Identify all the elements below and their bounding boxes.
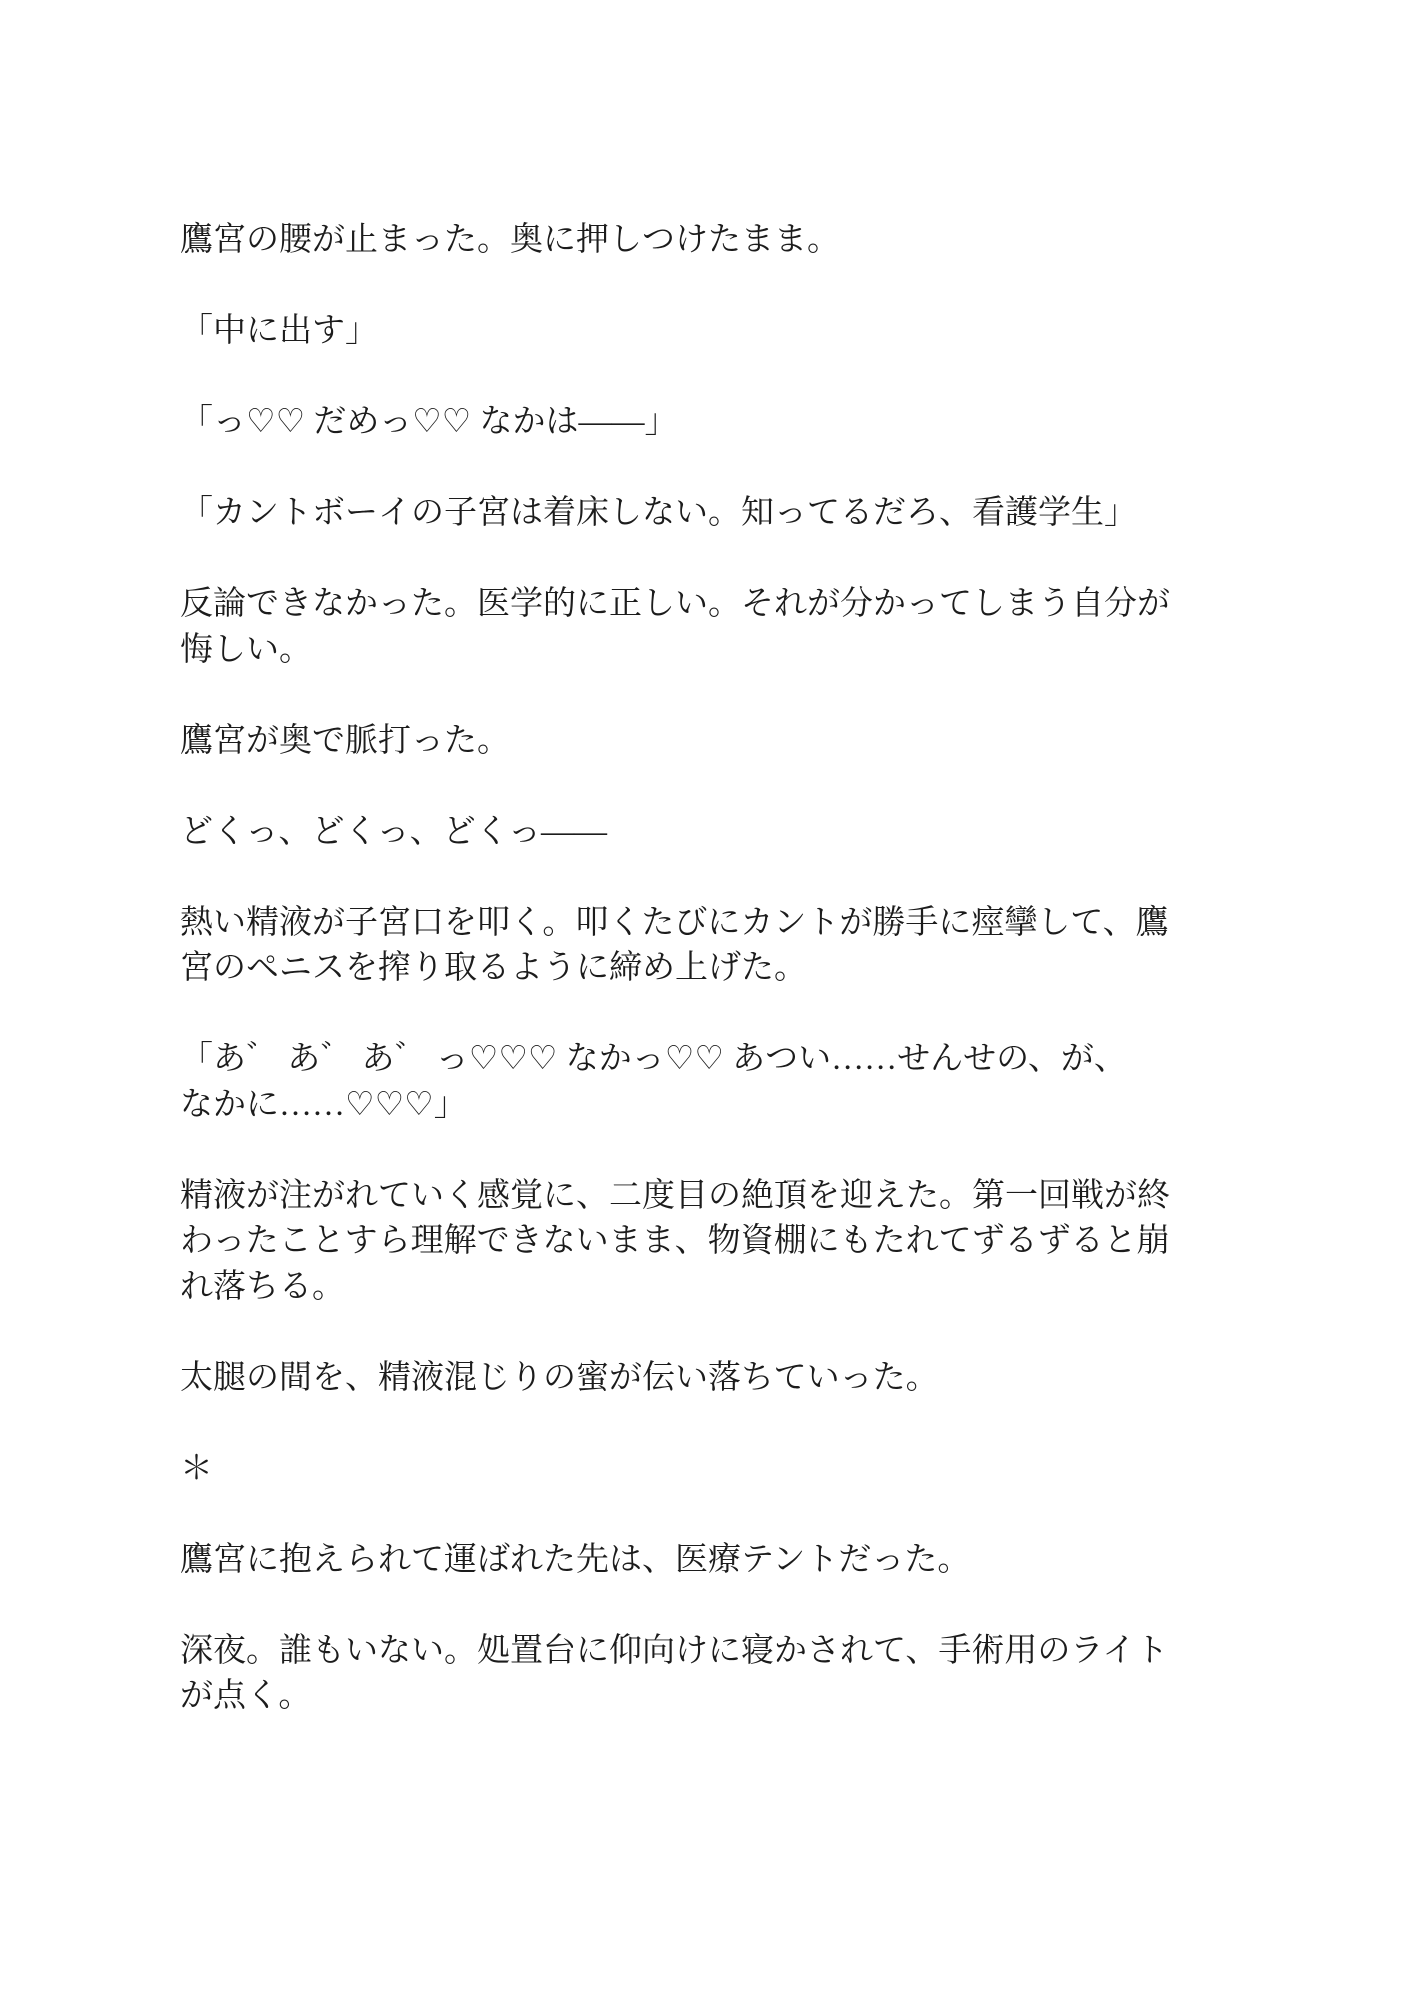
text-line: 「中に出す」 xyxy=(180,309,1190,355)
paragraph: 太腿の間を、精液混じりの蜜が伝い落ちていった。 xyxy=(180,1356,1190,1402)
paragraph: どくっ、どくっ、どくっ―― xyxy=(180,810,1190,856)
text-line: 鷹宮の腰が止まった。奥に押しつけたまま。 xyxy=(180,218,1190,264)
paragraph: 深夜。誰もいない。処置台に仰向けに寝かされて、手術用のライト が点く。 xyxy=(180,1629,1190,1720)
text-line: 反論できなかった。医学的に正しい。それが分かってしまう自分が xyxy=(180,582,1190,628)
text-line: 深夜。誰もいない。処置台に仰向けに寝かされて、手術用のライト xyxy=(180,1629,1190,1675)
paragraph: 「っ♡♡ だめっ♡♡ なかは――」 xyxy=(180,400,1190,446)
paragraph: 鷹宮が奥で脈打った。 xyxy=(180,719,1190,765)
text-line: 熱い精液が子宮口を叩く。叩くたびにカントが勝手に痙攣して、鷹 xyxy=(180,901,1190,947)
paragraph: 「カントボーイの子宮は着床しない。知ってるだろ、看護学生」 xyxy=(180,491,1190,537)
text-line: れ落ちる。 xyxy=(180,1265,1190,1311)
page: 鷹宮の腰が止まった。奥に押しつけたまま。 「中に出す」 「っ♡♡ だめっ♡♡ な… xyxy=(0,0,1415,2000)
text-line: 宮のペニスを搾り取るように締め上げた。 xyxy=(180,946,1190,992)
section-divider: ＊ xyxy=(180,1447,1190,1493)
text-line: 悔しい。 xyxy=(180,628,1190,674)
text-line: 太腿の間を、精液混じりの蜜が伝い落ちていった。 xyxy=(180,1356,1190,1402)
text-line: わったことすら理解できないまま、物資棚にもたれてずるずると崩 xyxy=(180,1219,1190,1265)
text-line: なかに……♡♡♡」 xyxy=(180,1083,1190,1129)
text-line: どくっ、どくっ、どくっ―― xyxy=(180,810,1190,856)
paragraph: 鷹宮の腰が止まった。奥に押しつけたまま。 xyxy=(180,218,1190,264)
paragraph: 反論できなかった。医学的に正しい。それが分かってしまう自分が 悔しい。 xyxy=(180,582,1190,673)
paragraph: 「中に出す」 xyxy=(180,309,1190,355)
text-line: 精液が注がれていく感覚に、二度目の絶頂を迎えた。第一回戦が終 xyxy=(180,1174,1190,1220)
paragraph: 熱い精液が子宮口を叩く。叩くたびにカントが勝手に痙攣して、鷹 宮のペニスを搾り取… xyxy=(180,901,1190,992)
text-line: が点く。 xyxy=(180,1674,1190,1720)
text-line: 「あ゛ あ゛ あ゛ っ♡♡♡ なかっ♡♡ あつい……せんせの、が、 xyxy=(180,1037,1190,1083)
text-line: 「っ♡♡ だめっ♡♡ なかは――」 xyxy=(180,400,1190,446)
text-line: 鷹宮が奥で脈打った。 xyxy=(180,719,1190,765)
text-line: 「カントボーイの子宮は着床しない。知ってるだろ、看護学生」 xyxy=(180,491,1190,537)
document-body: 鷹宮の腰が止まった。奥に押しつけたまま。 「中に出す」 「っ♡♡ だめっ♡♡ な… xyxy=(180,218,1190,1720)
text-line: 鷹宮に抱えられて運ばれた先は、医療テントだった。 xyxy=(180,1538,1190,1584)
paragraph: 「あ゛ あ゛ あ゛ っ♡♡♡ なかっ♡♡ あつい……せんせの、が、 なかに……♡… xyxy=(180,1037,1190,1128)
paragraph: 鷹宮に抱えられて運ばれた先は、医療テントだった。 xyxy=(180,1538,1190,1584)
paragraph: 精液が注がれていく感覚に、二度目の絶頂を迎えた。第一回戦が終 わったことすら理解… xyxy=(180,1174,1190,1311)
section-divider-symbol: ＊ xyxy=(180,1447,1190,1493)
